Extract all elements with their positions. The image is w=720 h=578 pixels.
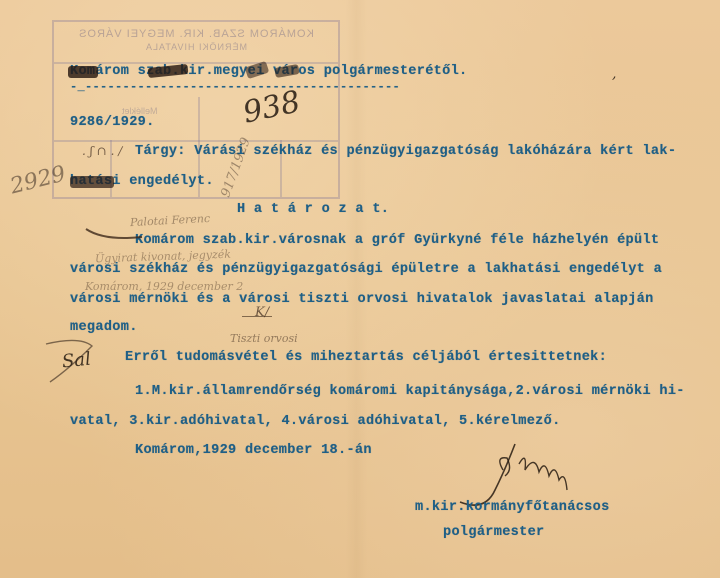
initials-flourish (40, 338, 120, 388)
pencil-note-3: Komárom, 1929 december 2 (85, 280, 243, 293)
notification-intro: Erről tudomásvétel és miheztartás céljáb… (125, 350, 607, 365)
pencil-fraction: K/ (255, 305, 269, 320)
signatory-title: m.kir.kormányfőtanácsos (415, 500, 610, 515)
issuer-underline: -_--------------------------------------… (70, 80, 400, 94)
ink-mark: , (612, 66, 616, 82)
file-number: 9286/1929. (70, 115, 155, 130)
stamp-line-1: KOMÁROM SZAB. KIR. MEGYEI VÁROS (54, 28, 338, 40)
recipients-line-1: 1.M.kir.államrendőrség komáromi kapitány… (135, 384, 685, 399)
issuer-line: Komárom szab.kir.megyei város polgármest… (70, 64, 468, 79)
pencil-note-4: Tiszti orvosi (230, 332, 298, 345)
body-line-3: városi mérnöki és a városi tiszti orvosi… (70, 292, 654, 307)
pencil-mark: . ʃ ∩ . ∕ (82, 144, 122, 158)
stamp-line-2: MÉRNÖKI HIVATALA (54, 42, 338, 52)
subject-line-1: Tárgy: Várási székház és pénzügyigazgató… (135, 144, 676, 159)
date-line: Komárom,1929 december 18.-án (135, 443, 372, 458)
body-line-2: városi székház és pénzügyigazgatósági ép… (70, 262, 662, 277)
pencil-stroke (84, 225, 144, 245)
strikeout-scribble (68, 66, 98, 78)
decision-title: H a t á r o z a t. (237, 202, 389, 217)
body-line-1: Komárom szab.kir.városnak a gróf Gyürkyn… (135, 233, 659, 248)
pencil-fraction-line (242, 316, 272, 317)
body-line-4: megadom. (70, 320, 138, 335)
signatory-role: polgármester (443, 525, 545, 540)
recipients-line-2: vatal, 3.kir.adóhivatal, 4.városi adóhiv… (70, 414, 561, 429)
strikeout-scribble (70, 176, 114, 188)
